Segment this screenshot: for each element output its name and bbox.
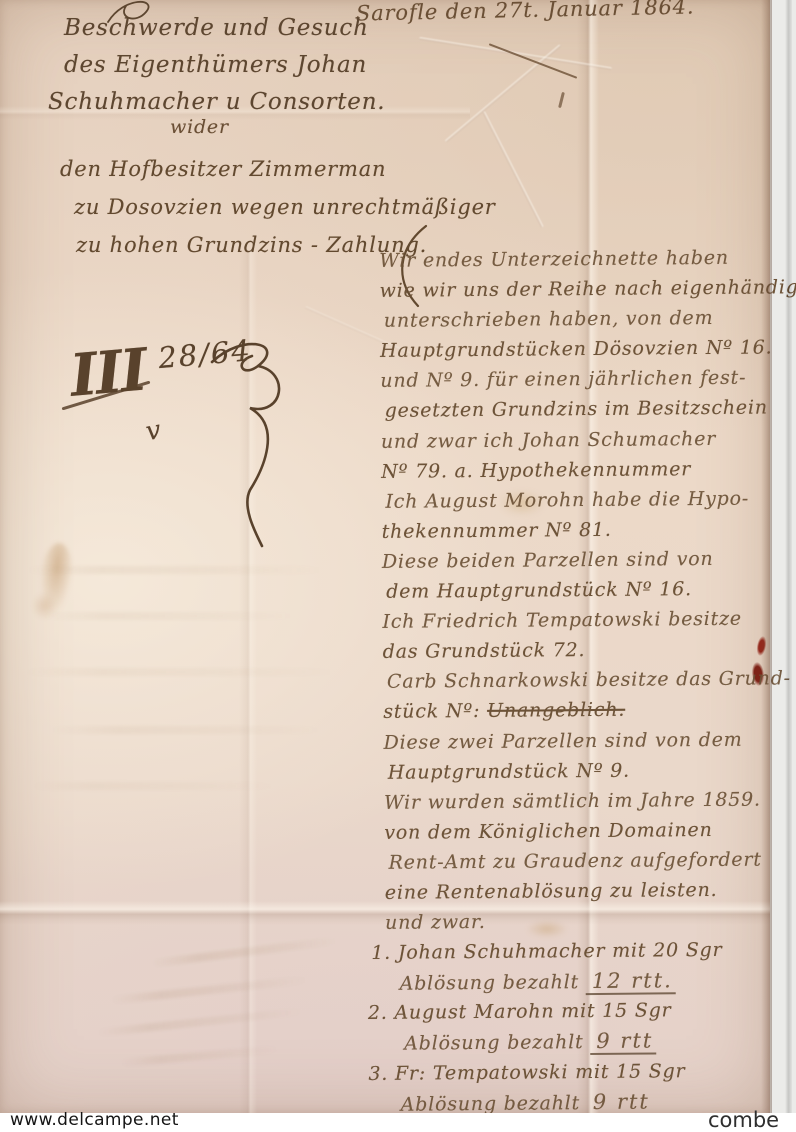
list-item-line: Ablösung bezahlt 12 rtt. (400, 964, 796, 998)
line-text: Ablösung bezahlt (404, 1031, 590, 1055)
handwriting-line: Carb Schnarkowski besitze das Grund- (387, 663, 796, 697)
bleed-through-smudge (26, 566, 326, 574)
line-text: Ablösung bezahlt (401, 1092, 587, 1116)
handwriting-line: Diese zwei Parzellen sind von dem (383, 724, 796, 758)
handwriting-line: gesetzten Grundzins im Besitzschein (385, 393, 796, 427)
underlined-amount: 12 rtt. (586, 969, 676, 996)
handwriting-line: Wir wurden sämtlich im Jahre 1859. (384, 784, 796, 818)
list-item-line: Ablösung bezahlt 9 rtt (404, 1025, 796, 1059)
scanner-background-shadow (785, 0, 792, 1113)
handwriting-line: Diese beiden Parzellen sind von (382, 543, 796, 577)
scanned-letter-image: Sarofle den 27t. Januar 1864. Beschwerde… (0, 0, 796, 1132)
handwriting-line: und Nº 9. für einen jährlichen fest- (380, 363, 796, 397)
handwriting-line: und zwar. (385, 904, 796, 938)
list-item-line: 1. Johan Schuhmacher mit 20 Sgr (371, 934, 796, 968)
handwriting-line: stück Nº: Unangeblich. (383, 694, 796, 728)
paper-right-edge-shadow (761, 0, 772, 1113)
bleed-through-smudge (48, 726, 328, 734)
respondent-line: den Hofbesitzer Zimmerman (60, 150, 496, 188)
handwriting-line: eine Rentenablösung zu leisten. (385, 874, 796, 908)
handwriting-line: und zwar ich Johan Schumacher (381, 423, 796, 457)
handwriting-line: Nº 79. a. Hypothekennummer (381, 453, 796, 487)
struck-out-word: Unangeblich. (487, 699, 625, 722)
docket-roman-numeral: III (67, 336, 148, 410)
handwriting-line: thekennummer Nº 81. (382, 513, 796, 547)
heading-line: des Eigenthümers Johan (64, 47, 385, 84)
handwriting-line: unterschrieben haben, von dem (384, 302, 796, 336)
handwriting-line: dem Hauptgrundstück Nº 16. (386, 573, 796, 607)
watermark-fragment-text: combe (708, 1108, 779, 1132)
handwriting-line: von dem Königlichen Domainen (384, 814, 796, 848)
letter-heading: Beschwerde und Gesuch des Eigenthümers J… (64, 10, 385, 121)
underlined-amount: 9 rtt (590, 1029, 656, 1056)
list-item-line: 3. Fr: Tempatowski mit 15 Sgr (368, 1055, 796, 1089)
bleed-through-smudge (30, 782, 280, 790)
line-text: Ablösung bezahlt (400, 971, 586, 995)
handwriting-line: Hauptgrundstücken Dösovzien Nº 16. (380, 332, 796, 366)
handwriting-line: Ich August Morohn habe die Hypo- (385, 483, 796, 517)
handwriting-line: Wir endes Unterzeichnette haben (379, 242, 796, 276)
bleed-through-smudge (22, 668, 342, 676)
handwriting-line: wie wir uns der Reihe nach eigenhändig (379, 272, 796, 306)
docket-paraph-flourish (198, 340, 298, 555)
handwriting-line: Hauptgrundstück Nº 9. (388, 754, 796, 788)
handwriting-line: Rent-Amt zu Graudenz aufgefordert (388, 844, 796, 878)
versus-word: wider (170, 116, 229, 138)
watermark-url-text: www.delcampe.net (10, 1110, 179, 1130)
line-text: stück Nº: (383, 700, 487, 723)
respondent-line: zu Dosovzien wegen unrechtmäßiger (74, 188, 496, 226)
list-item-line: 2. August Marohn mit 15 Sgr (368, 995, 796, 1029)
bleed-through-smudge (40, 612, 300, 620)
handwriting-line: das Grundstück 72. (383, 633, 796, 667)
heading-line: Beschwerde und Gesuch (64, 10, 385, 47)
letter-body: Wir endes Unterzeichnette haben wie wir … (379, 242, 796, 1118)
underlined-amount: 9 rtt (587, 1089, 653, 1116)
handwriting-line: Ich Friedrich Tempatowski besitze (382, 603, 796, 637)
